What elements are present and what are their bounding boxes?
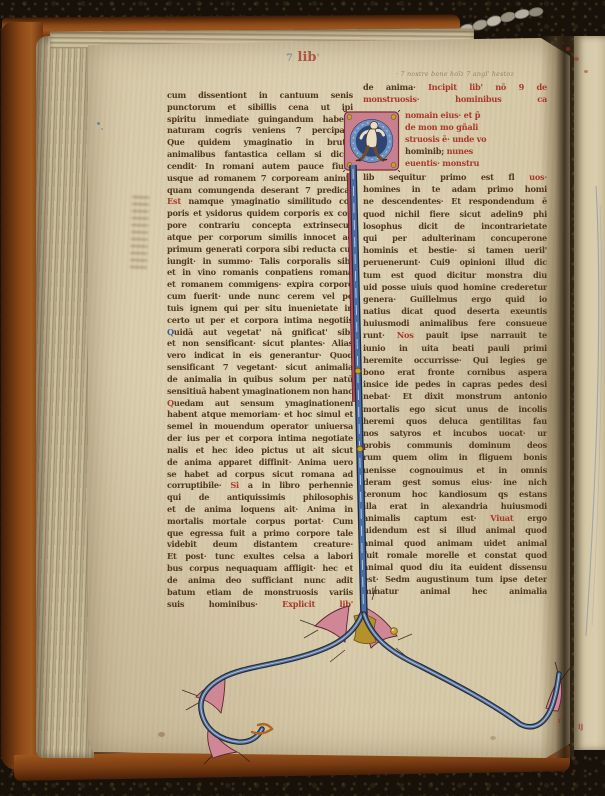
text-line: uid posse uiuis quod homine crederetur — [363, 281, 547, 293]
text-line: fuit romale morelle et constat quod — [363, 549, 547, 561]
text-line: losophus dicit de incontrarietate — [363, 220, 547, 232]
text-line: Est namque ymaginatio similitudo cor — [167, 196, 353, 208]
text-line: suis hominibus· Explicit lib' — [167, 599, 353, 611]
running-title-text: lib — [298, 50, 317, 65]
text-line: sensitiuā habent ymaginationem non hanc — [167, 386, 353, 398]
text-line: et romanem commigens· expira corpore — [167, 279, 353, 291]
text-line: quam comungenda deserant 7 predicat — [167, 185, 353, 197]
text-line: iunio in uita beati pauli primi — [363, 342, 547, 354]
text-line: iungit· in summo· Talis corporalis sibi — [167, 256, 353, 268]
text-line: Quidā aut vegetat' nā gnificat' sibi — [167, 327, 353, 339]
red-stain-speck — [566, 47, 570, 51]
blue-speck — [97, 122, 100, 125]
text-line: uenisse cognouimus et in omnis — [363, 464, 547, 476]
text-line: hominib; nunes — [405, 146, 547, 158]
running-title-prefix: 7 — [286, 53, 293, 64]
text-line: deram gest somus eius· ine nich — [363, 476, 547, 488]
page-stack-left-edges — [36, 36, 94, 758]
text-line: punctorum et sibillis cena ut ipi — [167, 102, 353, 114]
text-line: lib sequitur primo est fl uos· — [363, 171, 547, 183]
text-line: genera· Guillelmus ergo quid io — [363, 293, 547, 305]
text-line: de anima apparet diffinit· Anima uero — [167, 457, 353, 469]
running-title-suffix: ' — [316, 53, 319, 64]
text-line: usque ad romanem 7 corpoream animis — [167, 173, 353, 185]
text-line: huiusmodi animalibus fere consueue — [363, 317, 547, 329]
text-line: atque per corporum similis innocet ad — [167, 232, 353, 244]
running-title: 7 lib' — [286, 50, 376, 70]
text-line: runt· Nos pauit ipse narrauit te — [363, 329, 547, 341]
text-line: pore contrariu concepta extrinsecus — [167, 220, 353, 232]
text-line: hominis et bestie· si tamen ueril' — [363, 244, 547, 256]
text-line: corruptibile· Si a in libro perhennie — [167, 480, 353, 492]
text-line: animal quod animam uidet animal — [363, 537, 547, 549]
text-line: certo ut per et corpora intima negotiis — [167, 315, 353, 327]
text-line: et de anima loquens ait· Anima in — [167, 504, 353, 516]
show-through-decoration — [574, 36, 605, 750]
text-line: natius dicat quod deserta exeuntis — [363, 305, 547, 317]
text-line: quod nichil fiere sicut adelin9 phi — [363, 208, 547, 220]
text-line: bus corpus nequaquam affligit· hec et — [167, 563, 353, 575]
text-line: primum generati corpora sibi reducta cui — [167, 244, 353, 256]
text-line: probis communis dominum deos — [363, 439, 547, 451]
text-line: videbit deum distantem creature· — [167, 539, 353, 551]
text-line: vero indicat in eis generantur· Quod — [167, 350, 353, 362]
text-line: de anima· Incipit lib' nō 9 de — [363, 82, 547, 94]
text-line: sensificant 7 vegetant· sicut animalia — [167, 362, 353, 374]
text-line: nalis et hec ideo pictus ut ait sicut — [167, 445, 353, 457]
text-line: semel in mouendum operator uniuersa non — [167, 421, 353, 433]
text-line: euentis· monstru — [405, 158, 547, 170]
rubric-beside-initial: nomain eius· et p̃de mon mo gñalistruos… — [405, 110, 547, 169]
text-line: nomain eius· et p̃ — [405, 110, 547, 122]
text-line: mortalis ego sicut unus de incolis — [363, 403, 547, 415]
text-line: naturam cogris veniens 7 percipate — [167, 125, 353, 137]
gold-boss — [347, 163, 352, 168]
quire-mark: r̃ — [558, 716, 562, 725]
text-line: heremi quos deluca gentilitas fau — [363, 415, 547, 427]
text-line: de anima deo sufficiant nunc adit — [167, 575, 353, 587]
stain — [158, 732, 165, 737]
text-line: tum est quod dicitur monstra diu — [363, 269, 547, 281]
text-line: qui per adulterinam concuperone — [363, 232, 547, 244]
text-column-right: lib sequitur primo est fl uos·homines in… — [363, 171, 547, 598]
text-line: rum quem olim in fliguem bonis — [363, 451, 547, 463]
text-line: monstruosis· hominibus ca — [363, 94, 547, 106]
blue-speck — [101, 128, 103, 130]
text-line: de animalia in quibus solum per natū — [167, 374, 353, 386]
text-line: nos satyros et incubos uocat· ur — [363, 427, 547, 439]
ink-offset-smudge — [130, 196, 150, 271]
text-line: minatur animal hec animalia — [363, 585, 547, 597]
gold-boss — [391, 115, 396, 120]
text-line: insice ide pedes in capras pedes desi — [363, 378, 547, 390]
text-line: habent atque memoriam· et hoc simul et — [167, 409, 353, 421]
text-line: struosis ē· unde vo — [405, 134, 547, 146]
text-line: teronum hoc kandiosum qs estans — [363, 488, 547, 500]
marginal-inscription: · 7 nostre bone hoĩz 7 angl' hestoz — [396, 70, 552, 82]
rubric-incipit: de anima· Incipit lib' nō 9 demonstruos… — [363, 82, 547, 106]
text-line: poris et ysidorus quidem corporis ex con — [167, 208, 353, 220]
text-line: batum etiam de monstruosis variis — [167, 587, 353, 599]
text-line: bono erat fronte cornibus aspera — [363, 366, 547, 378]
text-line: cum fuerit· unde nunc cerem vel po — [167, 291, 353, 303]
manuscript-photo: 7 lib' · 7 nostre bone hoĩz 7 angl' hest… — [0, 0, 605, 796]
quire-mark: ij — [578, 722, 583, 731]
text-line: de mon mo gñali — [405, 122, 547, 134]
text-line: Et post· tunc exultes celsa a labori — [167, 551, 353, 563]
text-line: cendit· In romani autem pauce fiunt — [167, 161, 353, 173]
text-line: est· Sedm augustinum tum ipse deter — [363, 573, 547, 585]
text-line: der ius per et corpora intima negotiate — [167, 433, 353, 445]
red-stain-speck — [584, 70, 588, 73]
text-line: peruenerunt· Cui9 opinioni illud dic — [363, 256, 547, 268]
text-line: spiritu inmediate guingandum habent — [167, 114, 353, 126]
text-line: tuis ignem qui per situ inuenietate in — [167, 303, 353, 315]
facing-page-edge — [574, 36, 605, 750]
historiated-initial — [343, 110, 400, 172]
text-line: Quedam aut sensum ymaginationem — [167, 398, 353, 410]
stain — [490, 736, 496, 740]
text-line: ne descendentes· Et respondendum ē — [363, 195, 547, 207]
text-line: heremite occurrisse· Qui legies ge — [363, 354, 547, 366]
gold-boss — [391, 163, 396, 168]
text-line: animalis captum est· Viuat ergo — [363, 512, 547, 524]
text-line: cum dissentiont in cantuum senis — [167, 90, 353, 102]
text-line: Que quidem ymaginatio in brutis — [167, 137, 353, 149]
text-line: homines in te adam primo homi — [363, 183, 547, 195]
text-line: que egressa fuit a primo corpore tale — [167, 528, 353, 540]
text-line: qui de antiquissimis philosophis — [167, 492, 353, 504]
text-line: et non sensificant· sicut plantes· Alias — [167, 338, 353, 350]
text-line: illa erat in alexandria huiusmodi — [363, 500, 547, 512]
text-line: mortalis mortale corpus portat· Cum — [167, 516, 353, 528]
text-line: uidendum est si illud animal quod — [363, 524, 547, 536]
gold-boss — [347, 115, 352, 120]
text-column-left: cum dissentiont in cantuum senispunctoru… — [167, 90, 353, 610]
text-line: se habet ad corpus sicut romana ad — [167, 469, 353, 481]
text-line: et in vino romanis conpatiens romana — [167, 267, 353, 279]
text-line: animal quod diu ita euident dissensu — [363, 561, 547, 573]
text-line: nebat· Et dixit monstrum antonio — [363, 390, 547, 402]
red-stain-speck — [574, 57, 579, 61]
text-line: animalibus fantastica cellam si dicas — [167, 149, 353, 161]
